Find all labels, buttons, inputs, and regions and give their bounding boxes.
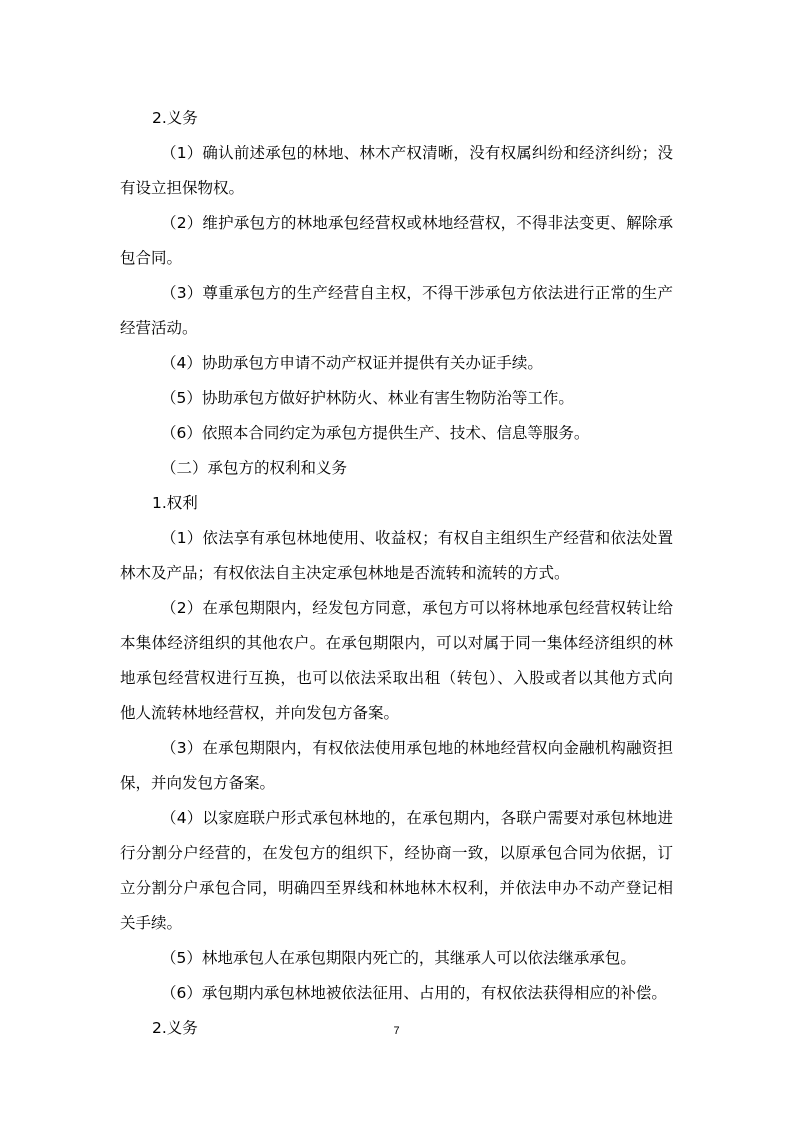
paragraph-duty-3: （3）尊重承包方的生产经营自主权，不得干涉承包方依法进行正常的生产 经营活动。 (120, 278, 673, 348)
paragraph-line: 行分割分户经营的，在发包方的组织下，经协商一致，以原承包合同为依据，订 (120, 838, 673, 873)
paragraph-right-6: （6）承包期内承包林地被依法征用、占用的，有权依法获得相应的补偿。 (120, 978, 673, 1013)
paragraph-duty-5: （5）协助承包方做好护林防火、林业有害生物防治等工作。 (120, 383, 673, 418)
paragraph-duty-4: （4）协助承包方申请不动产权证并提供有关办证手续。 (120, 348, 673, 383)
paragraph-right-4: （4）以家庭联户形式承包林地的，在承包期内，各联户需要对承包林地进 行分割分户经… (120, 803, 673, 943)
paragraph-line: （2）在承包期限内，经发包方同意，承包方可以将林地承包经营权转让给 (120, 593, 673, 628)
paragraph-line: 经营活动。 (120, 313, 673, 348)
paragraph-line: （3）尊重承包方的生产经营自主权，不得干涉承包方依法进行正常的生产 (120, 278, 673, 313)
paragraph-duty-6: （6）依照本合同约定为承包方提供生产、技术、信息等服务。 (120, 418, 673, 453)
paragraph-duty-1: （1）确认前述承包的林地、林木产权清晰，没有权属纠纷和经济纠纷；没 有设立担保物… (120, 138, 673, 208)
paragraph-line: 地承包经营权进行互换，也可以依法采取出租（转包）、入股或者以其他方式向 (120, 663, 673, 698)
paragraph-line: （4）以家庭联户形式承包林地的，在承包期内，各联户需要对承包林地进 (120, 803, 673, 838)
paragraph-line: 有设立担保物权。 (120, 173, 673, 208)
paragraph-line: 关手续。 (120, 908, 673, 943)
section-heading-contractor-rights-duties: （二）承包方的权利和义务 (120, 453, 673, 488)
paragraph-right-2: （2）在承包期限内，经发包方同意，承包方可以将林地承包经营权转让给 本集体经济组… (120, 593, 673, 733)
paragraph-right-1: （1）依法享有承包林地使用、收益权；有权自主组织生产经营和依法处置 林木及产品；… (120, 523, 673, 593)
section-heading-duties: 2.义务 (120, 103, 673, 138)
paragraph-line: 包合同。 (120, 243, 673, 278)
paragraph-line: （1）确认前述承包的林地、林木产权清晰，没有权属纠纷和经济纠纷；没 (120, 138, 673, 173)
paragraph-duty-2: （2）维护承包方的林地承包经营权或林地经营权，不得非法变更、解除承 包合同。 (120, 208, 673, 278)
paragraph-line: 他人流转林地经营权，并向发包方备案。 (120, 698, 673, 733)
paragraph-line: 立分割分户承包合同，明确四至界线和林地林木权利，并依法申办不动产登记相 (120, 873, 673, 908)
paragraph-right-3: （3）在承包期限内，有权依法使用承包地的林地经营权向金融机构融资担 保，并向发包… (120, 733, 673, 803)
paragraph-right-5: （5）林地承包人在承包期限内死亡的，其继承人可以依法继承承包。 (120, 943, 673, 978)
paragraph-line: （2）维护承包方的林地承包经营权或林地经营权，不得非法变更、解除承 (120, 208, 673, 243)
subsection-heading-rights: 1.权利 (120, 488, 673, 523)
page-number: 7 (0, 1025, 793, 1037)
paragraph-line: （1）依法享有承包林地使用、收益权；有权自主组织生产经营和依法处置 (120, 523, 673, 558)
paragraph-line: 林木及产品；有权依法自主决定承包林地是否流转和流转的方式。 (120, 558, 673, 593)
paragraph-line: （3）在承包期限内，有权依法使用承包地的林地经营权向金融机构融资担 (120, 733, 673, 768)
paragraph-line: 本集体经济组织的其他农户。在承包期限内，可以对属于同一集体经济组织的林 (120, 628, 673, 663)
document-body: 2.义务 （1）确认前述承包的林地、林木产权清晰，没有权属纠纷和经济纠纷；没 有… (120, 103, 673, 1048)
paragraph-line: 保，并向发包方备案。 (120, 768, 673, 803)
document-page: 2.义务 （1）确认前述承包的林地、林木产权清晰，没有权属纠纷和经济纠纷；没 有… (0, 0, 793, 1122)
